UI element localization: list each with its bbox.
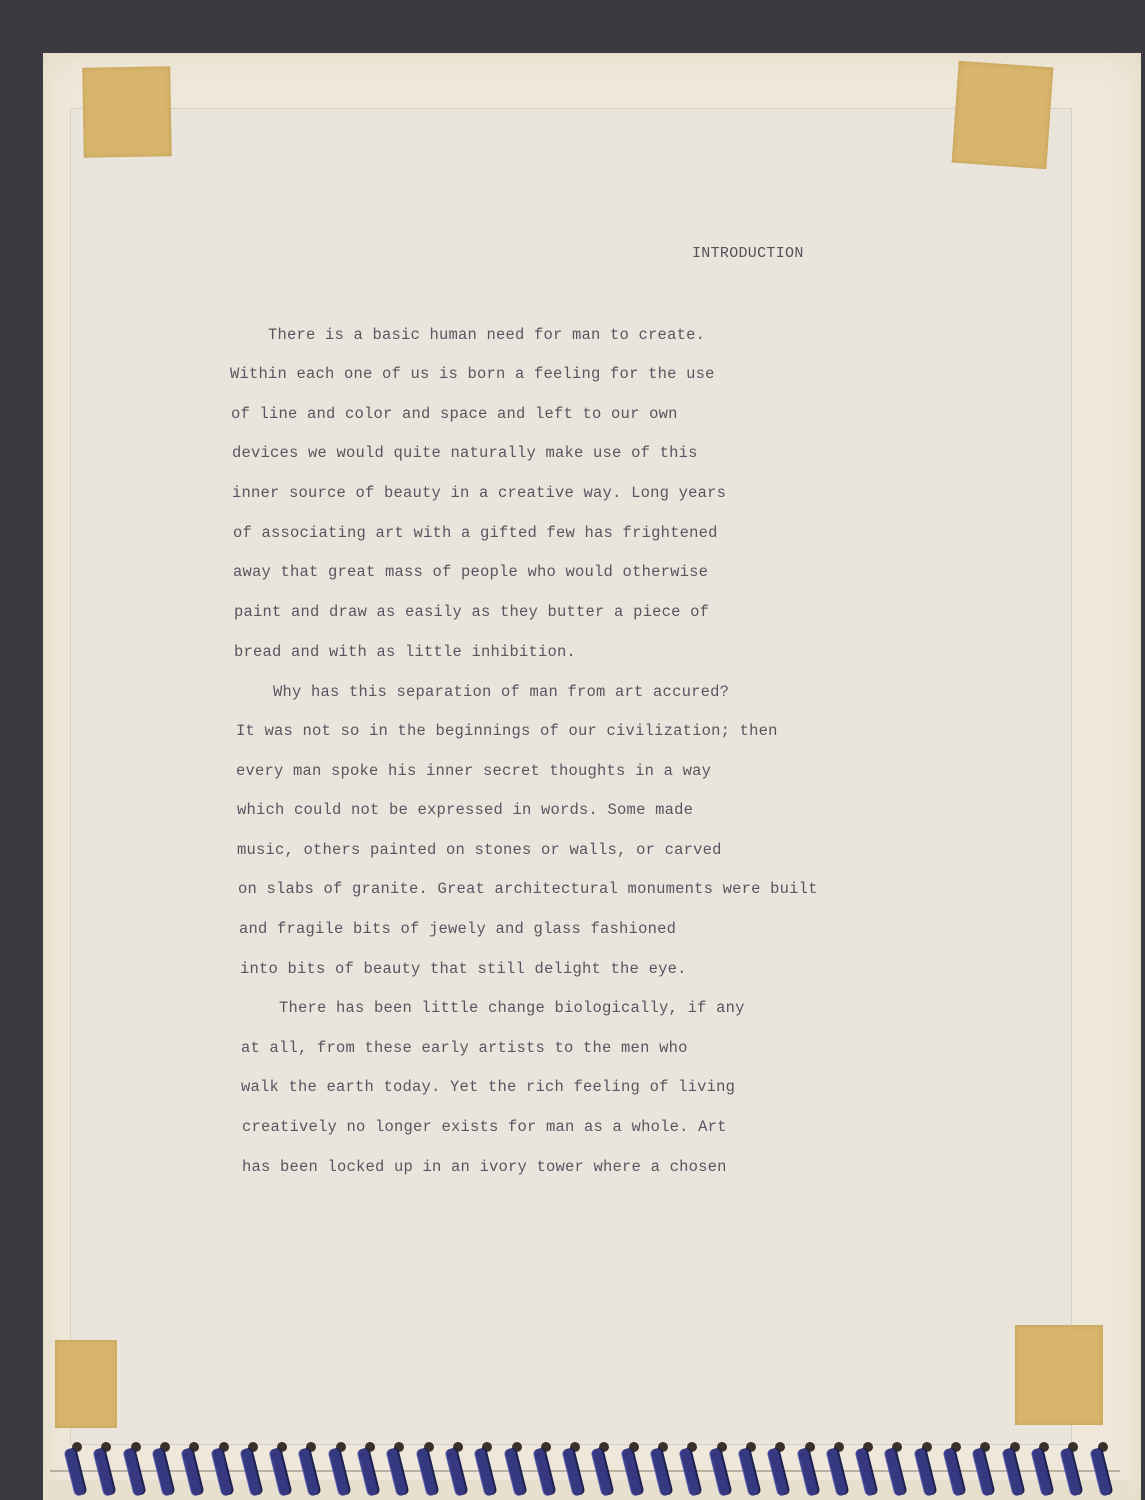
spiral-coil	[152, 1448, 173, 1497]
spiral-coil	[269, 1448, 290, 1497]
text-line: walk the earth today. Yet the rich feeli…	[241, 1078, 735, 1096]
spiral-coil	[299, 1448, 320, 1497]
text-line: bread and with as little inhibition.	[234, 643, 576, 661]
text-line: paint and draw as easily as they butter …	[234, 603, 709, 621]
spiral-coil	[182, 1448, 203, 1497]
text-line: There has been little change biologicall…	[279, 999, 745, 1017]
spiral-coil	[826, 1448, 847, 1497]
spiral-coil	[211, 1448, 232, 1497]
spiral-coil	[797, 1448, 818, 1497]
text-line: music, others painted on stones or walls…	[237, 841, 722, 859]
spiral-coil	[387, 1448, 408, 1497]
spiral-coil	[533, 1448, 554, 1497]
text-line: devices we would quite naturally make us…	[232, 444, 698, 462]
text-line: creatively no longer exists for man as a…	[242, 1118, 727, 1136]
text-line: It was not so in the beginnings of our c…	[236, 722, 778, 740]
text-line: has been locked up in an ivory tower whe…	[242, 1158, 727, 1176]
spiral-coil	[357, 1448, 378, 1497]
spiral-binding	[50, 1440, 1120, 1500]
spiral-coil	[1031, 1448, 1052, 1497]
spiral-coil	[621, 1448, 642, 1497]
text-line: which could not be expressed in words. S…	[237, 801, 693, 819]
spiral-coil	[650, 1448, 671, 1497]
spiral-coil	[504, 1448, 525, 1497]
spiral-coil	[94, 1448, 115, 1497]
text-line: of associating art with a gifted few has…	[233, 524, 718, 542]
spiral-coil	[709, 1448, 730, 1497]
spiral-coil	[885, 1448, 906, 1497]
spiral-coil	[1090, 1448, 1111, 1497]
text-line: and fragile bits of jewely and glass fas…	[239, 920, 676, 938]
spiral-coil	[328, 1448, 349, 1497]
text-line: inner source of beauty in a creative way…	[232, 484, 726, 502]
spiral-coil	[475, 1448, 496, 1497]
spiral-coil	[1002, 1448, 1023, 1497]
tape-bottom-left	[55, 1340, 117, 1428]
text-line: at all, from these early artists to the …	[241, 1039, 688, 1057]
binding-edge	[50, 1470, 1120, 1472]
text-line: on slabs of granite. Great architectural…	[238, 880, 818, 898]
spiral-coil	[1061, 1448, 1082, 1497]
text-line: There is a basic human need for man to c…	[268, 326, 705, 344]
tape-top-right	[952, 61, 1054, 169]
spiral-coil	[943, 1448, 964, 1497]
spiral-coil	[64, 1448, 85, 1497]
spiral-coil	[914, 1448, 935, 1497]
tape-top-left	[82, 66, 172, 158]
page-title: INTRODUCTION	[692, 245, 804, 262]
spiral-coil	[738, 1448, 759, 1497]
text-line: Why has this separation of man from art …	[273, 683, 729, 701]
spiral-coil	[973, 1448, 994, 1497]
text-line: every man spoke his inner secret thought…	[236, 762, 711, 780]
text-line: into bits of beauty that still delight t…	[240, 960, 687, 978]
spiral-coil	[680, 1448, 701, 1497]
text-line: away that great mass of people who would…	[233, 563, 708, 581]
text-line: Within each one of us is born a feeling …	[230, 365, 715, 383]
text-line: of line and color and space and left to …	[231, 405, 678, 423]
spiral-coil	[123, 1448, 144, 1497]
tape-bottom-right	[1015, 1325, 1103, 1425]
spiral-coil	[240, 1448, 261, 1497]
spiral-coil	[445, 1448, 466, 1497]
spiral-coil	[592, 1448, 613, 1497]
spiral-coil	[416, 1448, 437, 1497]
spiral-coil	[562, 1448, 583, 1497]
spiral-coil	[855, 1448, 876, 1497]
spiral-coil	[768, 1448, 789, 1497]
